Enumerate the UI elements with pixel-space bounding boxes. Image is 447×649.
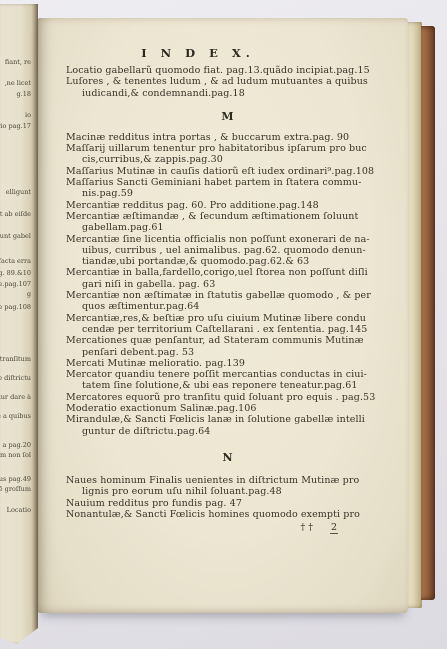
index-sections: Locatio gabellarũ quomodo fiat. pag.13.q…: [66, 65, 390, 520]
photo-background: fiant, rene licet,g.18ioario pag.17ellig…: [0, 0, 447, 649]
index-line: Mirandulæ,& Sancti Fœlicis lanæ in ſolut…: [66, 414, 390, 425]
index-line: uibus, curribus , uel animalibus. pag.62…: [66, 245, 390, 256]
index-line: Mercantiæ in balla,fardello,corigo,uel ſ…: [66, 267, 390, 278]
previous-page-text-fragment: g: [0, 291, 31, 298]
previous-page-text-fragment: llam non ſol.: [0, 452, 31, 459]
index-line: Mercationes quæ penſantur, ad Stateram c…: [66, 335, 390, 346]
index-line: Nauium redditus pro fundis pag. 47: [66, 498, 390, 509]
previous-page-text-fragment: a pag.20: [0, 442, 31, 449]
section-heading: N: [66, 451, 390, 464]
previous-page-text-fragment: luunt gabel.: [0, 233, 31, 240]
index-line: Mercantiæ æſtimandæ , & ſecundum æſtimat…: [66, 211, 390, 222]
previous-page-text-fragment: fiant, re: [0, 59, 31, 66]
previous-page-text-fragment: ag. 89.&10: [0, 270, 31, 277]
previous-page-text-fragment: m facta erra: [0, 258, 31, 265]
index-line: tatem ſine ſolutione,& ubi eas reponere …: [66, 380, 390, 391]
index-line: Mercantiæ ſine licentia officialis non p…: [66, 234, 390, 245]
section-heading: M: [66, 110, 390, 123]
previous-page-text-fragment: næ.pag.107: [0, 281, 31, 288]
index-line: guntur de diſtrictu.pag.64: [66, 426, 390, 437]
signature-mark: ††2: [66, 522, 390, 533]
leather-binding-edge: [421, 26, 435, 600]
previous-page-text-fragment: ario pag.17: [0, 123, 31, 130]
previous-page-text-fragment: rinæ pag.108: [0, 304, 31, 311]
index-line: lignis pro eorum uſu nihil ſoluant.pag.4…: [66, 486, 390, 497]
index-line: nis.pag.59: [66, 188, 390, 199]
previous-page-edge: fiant, rene licet,g.18ioario pag.17ellig…: [0, 4, 38, 644]
previous-page-text-fragment: entur dare à: [0, 394, 31, 401]
index-line: tiandæ,ubi portandæ,& quomodo.pag.62.& 6…: [66, 256, 390, 267]
previous-page-text-fragment: ditus pag.49: [0, 476, 31, 483]
signature-crosses: ††: [300, 522, 316, 533]
index-line: Maſſarij uillarum tenentur pro habitator…: [66, 143, 390, 154]
previous-page-text-fragment: tranſitum,: [0, 356, 31, 363]
index-line: Luſores , & tenentes ludum , & ad ludum …: [66, 76, 390, 87]
index-line: Nonantulæ,& Sancti Fœlicis homines quomo…: [66, 509, 390, 520]
previous-page-text-fragment: llæ a quibus: [0, 413, 31, 420]
index-line: Moderatio exactionum Salinæ.pag.106: [66, 403, 390, 414]
previous-page-text-fragment: nt ab eiſde.: [0, 211, 31, 218]
signature-number: 2: [330, 522, 338, 534]
previous-page-text-fragment: g.18: [0, 91, 31, 98]
text-block: I N D E X. Locatio gabellarũ quomodo fia…: [38, 18, 408, 533]
index-line: Mercatores equorũ pro tranſitu quid ſolu…: [66, 392, 390, 403]
index-line: quos æſtimentur.pag.64: [66, 301, 390, 312]
fore-edge-pages: [408, 22, 422, 608]
index-line: Naues hominum Finalis uenientes in diſtr…: [66, 475, 390, 486]
index-line: penſari debent.pag. 53: [66, 347, 390, 358]
index-line: gabellam.pag.61: [66, 222, 390, 233]
index-line: iudicandi,& condemnandi.pag.18: [66, 88, 390, 99]
index-line: cendæ per territorium Caſtellarani . ex …: [66, 324, 390, 335]
index-line: cis,curribus,& zappis.pag.30: [66, 154, 390, 165]
previous-page-text-fragment: de diſtrictu: [0, 375, 31, 382]
page-title: I N D E X.: [38, 46, 360, 60]
book-page: I N D E X. Locatio gabellarũ quomodo fia…: [38, 18, 408, 613]
previous-page-text-fragment: elligunt: [0, 189, 31, 196]
previous-page-text-fragment: Locatio: [0, 507, 31, 514]
previous-page-text-fragment: io: [0, 112, 31, 119]
index-line: Maſſarius Mutinæ in cauſis datiorũ eſt i…: [66, 166, 390, 177]
index-line: Macinæ redditus intra portas , & buccaru…: [66, 132, 390, 143]
index-line: Mercati Mutinæ melioratio. pag.139: [66, 358, 390, 369]
index-line: Locatio gabellarũ quomodo fiat. pag.13.q…: [66, 65, 390, 76]
previous-page-text-fragment: amē groſſum: [0, 486, 31, 493]
index-line: Mercantiæ redditus pag. 60. Pro addition…: [66, 200, 390, 211]
index-line: Maſſarius Sancti Geminiani habet partem …: [66, 177, 390, 188]
index-line: Mercantiæ non æſtimatæ in ſtatutis gabel…: [66, 290, 390, 301]
index-line: Mercantiæ,res,& beſtiæ pro uſu ciuium Mu…: [66, 313, 390, 324]
previous-page-text-fragment: ne licet,: [0, 80, 31, 87]
index-line: Mercator quandiu tenere poſſit mercantia…: [66, 369, 390, 380]
index-line: gari niſi in gabella. pag. 63: [66, 279, 390, 290]
